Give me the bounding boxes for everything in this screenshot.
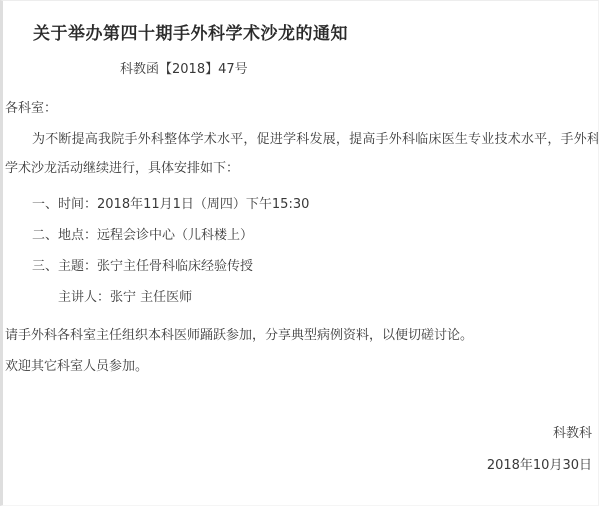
signature-date: 2018年10月30日 (487, 458, 592, 474)
signature-department: 科教科 (553, 426, 592, 442)
notice-document: 关于举办第四十期手外科学术沙龙的通知 科教函【2018】47号 各科室： 为不断… (0, 0, 599, 506)
welcome-paragraph: 欢迎其它科室人员参加。 (5, 359, 148, 375)
agenda-item-location: 二、地点：远程会诊中心（儿科楼上） (32, 228, 253, 244)
salutation: 各科室： (5, 101, 57, 117)
agenda-item-time: 一、时间：2018年11月1日（周四）下午15:30 (32, 197, 309, 213)
request-paragraph: 请手外科各科室主任组织本科医师踊跃参加，分享典型病例资料，以便切磋讨论。 (5, 328, 473, 344)
doc-number: 科教函【2018】47号 (120, 62, 248, 78)
speaker-line: 主讲人：张宁 主任医师 (58, 290, 192, 306)
agenda-item-topic: 三、主题：张宁主任骨科临床经验传授 (32, 259, 253, 275)
notice-title: 关于举办第四十期手外科学术沙龙的通知 (33, 24, 348, 44)
intro-paragraph: 为不断提高我院手外科整体学术水平，促进学科发展，提高手外科临床医生专业技术水平，… (5, 125, 599, 183)
